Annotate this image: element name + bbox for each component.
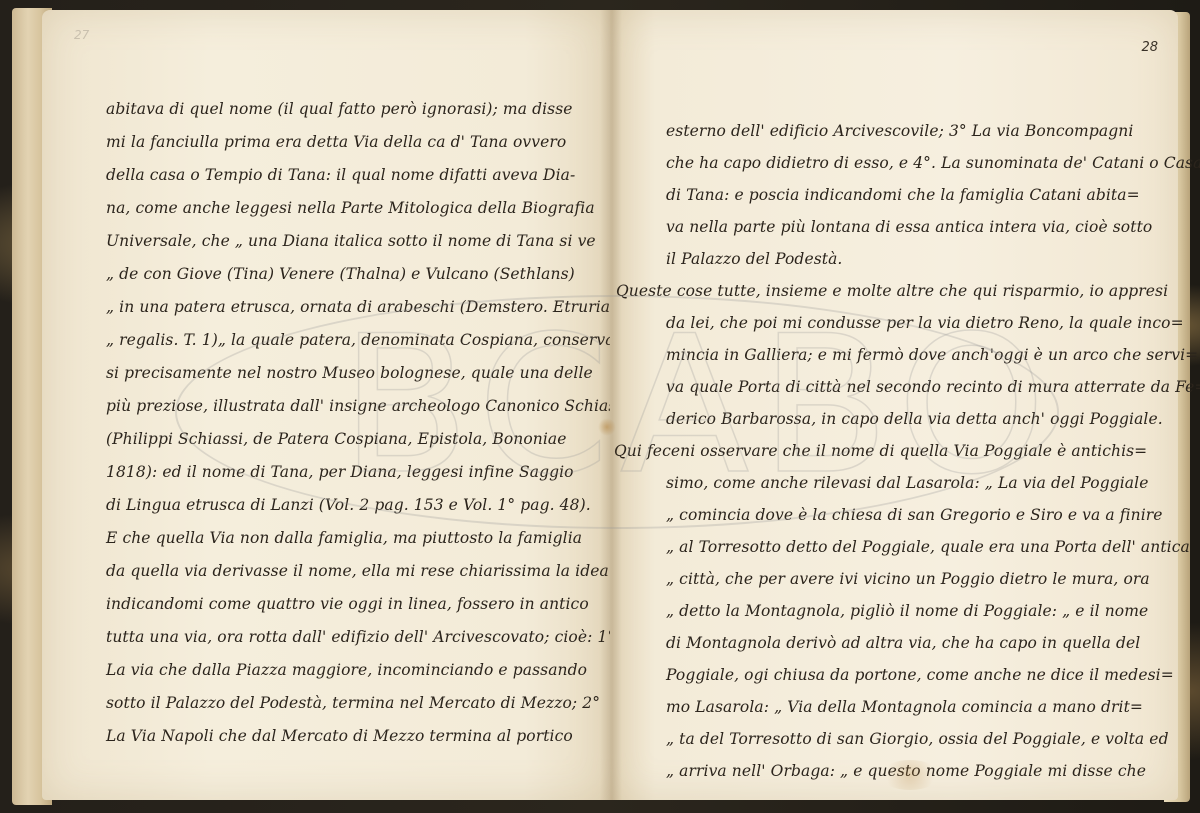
- text-line: simo, come anche rilevasi dal Lasarola: …: [666, 474, 1148, 492]
- text-line: abitava di quel nome (il qual fatto però…: [106, 100, 573, 118]
- text-line: di Tana: e poscia indicandomi che la fam…: [666, 186, 1140, 204]
- text-line: sotto il Palazzo del Podestà, termina ne…: [106, 694, 600, 712]
- text-line: tutta una via, ora rotta dall' edifizio …: [106, 628, 615, 646]
- text-line: „ detto la Montagnola, pigliò il nome di…: [666, 602, 1148, 620]
- right-page: 28 esterno dell' edificio Arcivescovile;…: [610, 10, 1178, 800]
- text-line: di Lingua etrusca di Lanzi (Vol. 2 pag. …: [106, 496, 591, 514]
- text-line: „ comincia dove è la chiesa di san Grego…: [666, 506, 1163, 524]
- text-line: da quella via derivasse il nome, ella mi…: [106, 562, 609, 580]
- text-line: „ città, che per avere ivi vicino un Pog…: [666, 570, 1150, 588]
- text-line: mincia in Galliera; e mi fermò dove anch…: [666, 346, 1198, 364]
- text-line: derico Barbarossa, in capo della via det…: [666, 410, 1163, 428]
- page-number: 28: [1141, 40, 1158, 55]
- text-line: (Philippi Schiassi, de Patera Cospiana, …: [106, 430, 567, 448]
- text-line: „ in una patera etrusca, ornata di arabe…: [106, 298, 610, 316]
- text-line: Universale, che „ una Diana italica sott…: [106, 232, 596, 250]
- text-line: va nella parte più lontana di essa antic…: [666, 218, 1152, 236]
- text-line: si precisamente nel nostro Museo bologne…: [106, 364, 593, 382]
- text-line: da lei, che poi mi condusse per la via d…: [666, 314, 1184, 332]
- text-line: „ regalis. T. 1)„ la quale patera, denom…: [106, 331, 620, 349]
- text-line: più preziose, illustrata dall' insigne a…: [106, 397, 635, 415]
- text-line: La via che dalla Piazza maggiore, incomi…: [106, 661, 587, 679]
- paragraph-start-line: Queste cose tutte, insieme e molte altre…: [616, 282, 1168, 300]
- text-line: La Via Napoli che dal Mercato di Mezzo t…: [106, 727, 573, 745]
- text-line: indicandomi come quattro vie oggi in lin…: [106, 595, 589, 613]
- text-line: 1818): ed il nome di Tana, per Diana, le…: [106, 463, 574, 481]
- left-page-number-ghost: 27: [74, 28, 89, 42]
- text-line: della casa o Tempio di Tana: il qual nom…: [106, 166, 575, 184]
- text-line: il Palazzo del Podestà.: [666, 250, 842, 268]
- text-line: Poggiale, ogi chiusa da portone, come an…: [666, 666, 1174, 684]
- water-stain: [880, 760, 940, 790]
- paragraph-start-line: Qui feceni osservare che il nome di quel…: [614, 442, 1147, 460]
- text-line: va quale Porta di città nel secondo reci…: [666, 378, 1200, 396]
- text-line: che ha capo didietro di esso, e 4°. La s…: [666, 154, 1200, 172]
- left-page: 27 abitava di quel nome (il qual fatto p…: [42, 10, 610, 800]
- text-line: esterno dell' edificio Arcivescovile; 3°…: [666, 122, 1133, 140]
- text-line: E che quella Via non dalla famiglia, ma …: [106, 529, 582, 547]
- text-line: „ ta del Torresotto di san Giorgio, ossi…: [666, 730, 1169, 748]
- text-line: mo Lasarola: „ Via della Montagnola comi…: [666, 698, 1143, 716]
- text-line: „ de con Giove (Tina) Venere (Thalna) e …: [106, 265, 575, 283]
- text-line: di Montagnola derivò ad altra via, che h…: [666, 634, 1140, 652]
- ink-stain: [598, 418, 616, 436]
- text-line: na, come anche leggesi nella Parte Mitol…: [106, 199, 595, 217]
- text-line: „ al Torresotto detto del Poggiale, qual…: [666, 538, 1190, 556]
- text-line: mi la fanciulla prima era detta Via dell…: [106, 133, 566, 151]
